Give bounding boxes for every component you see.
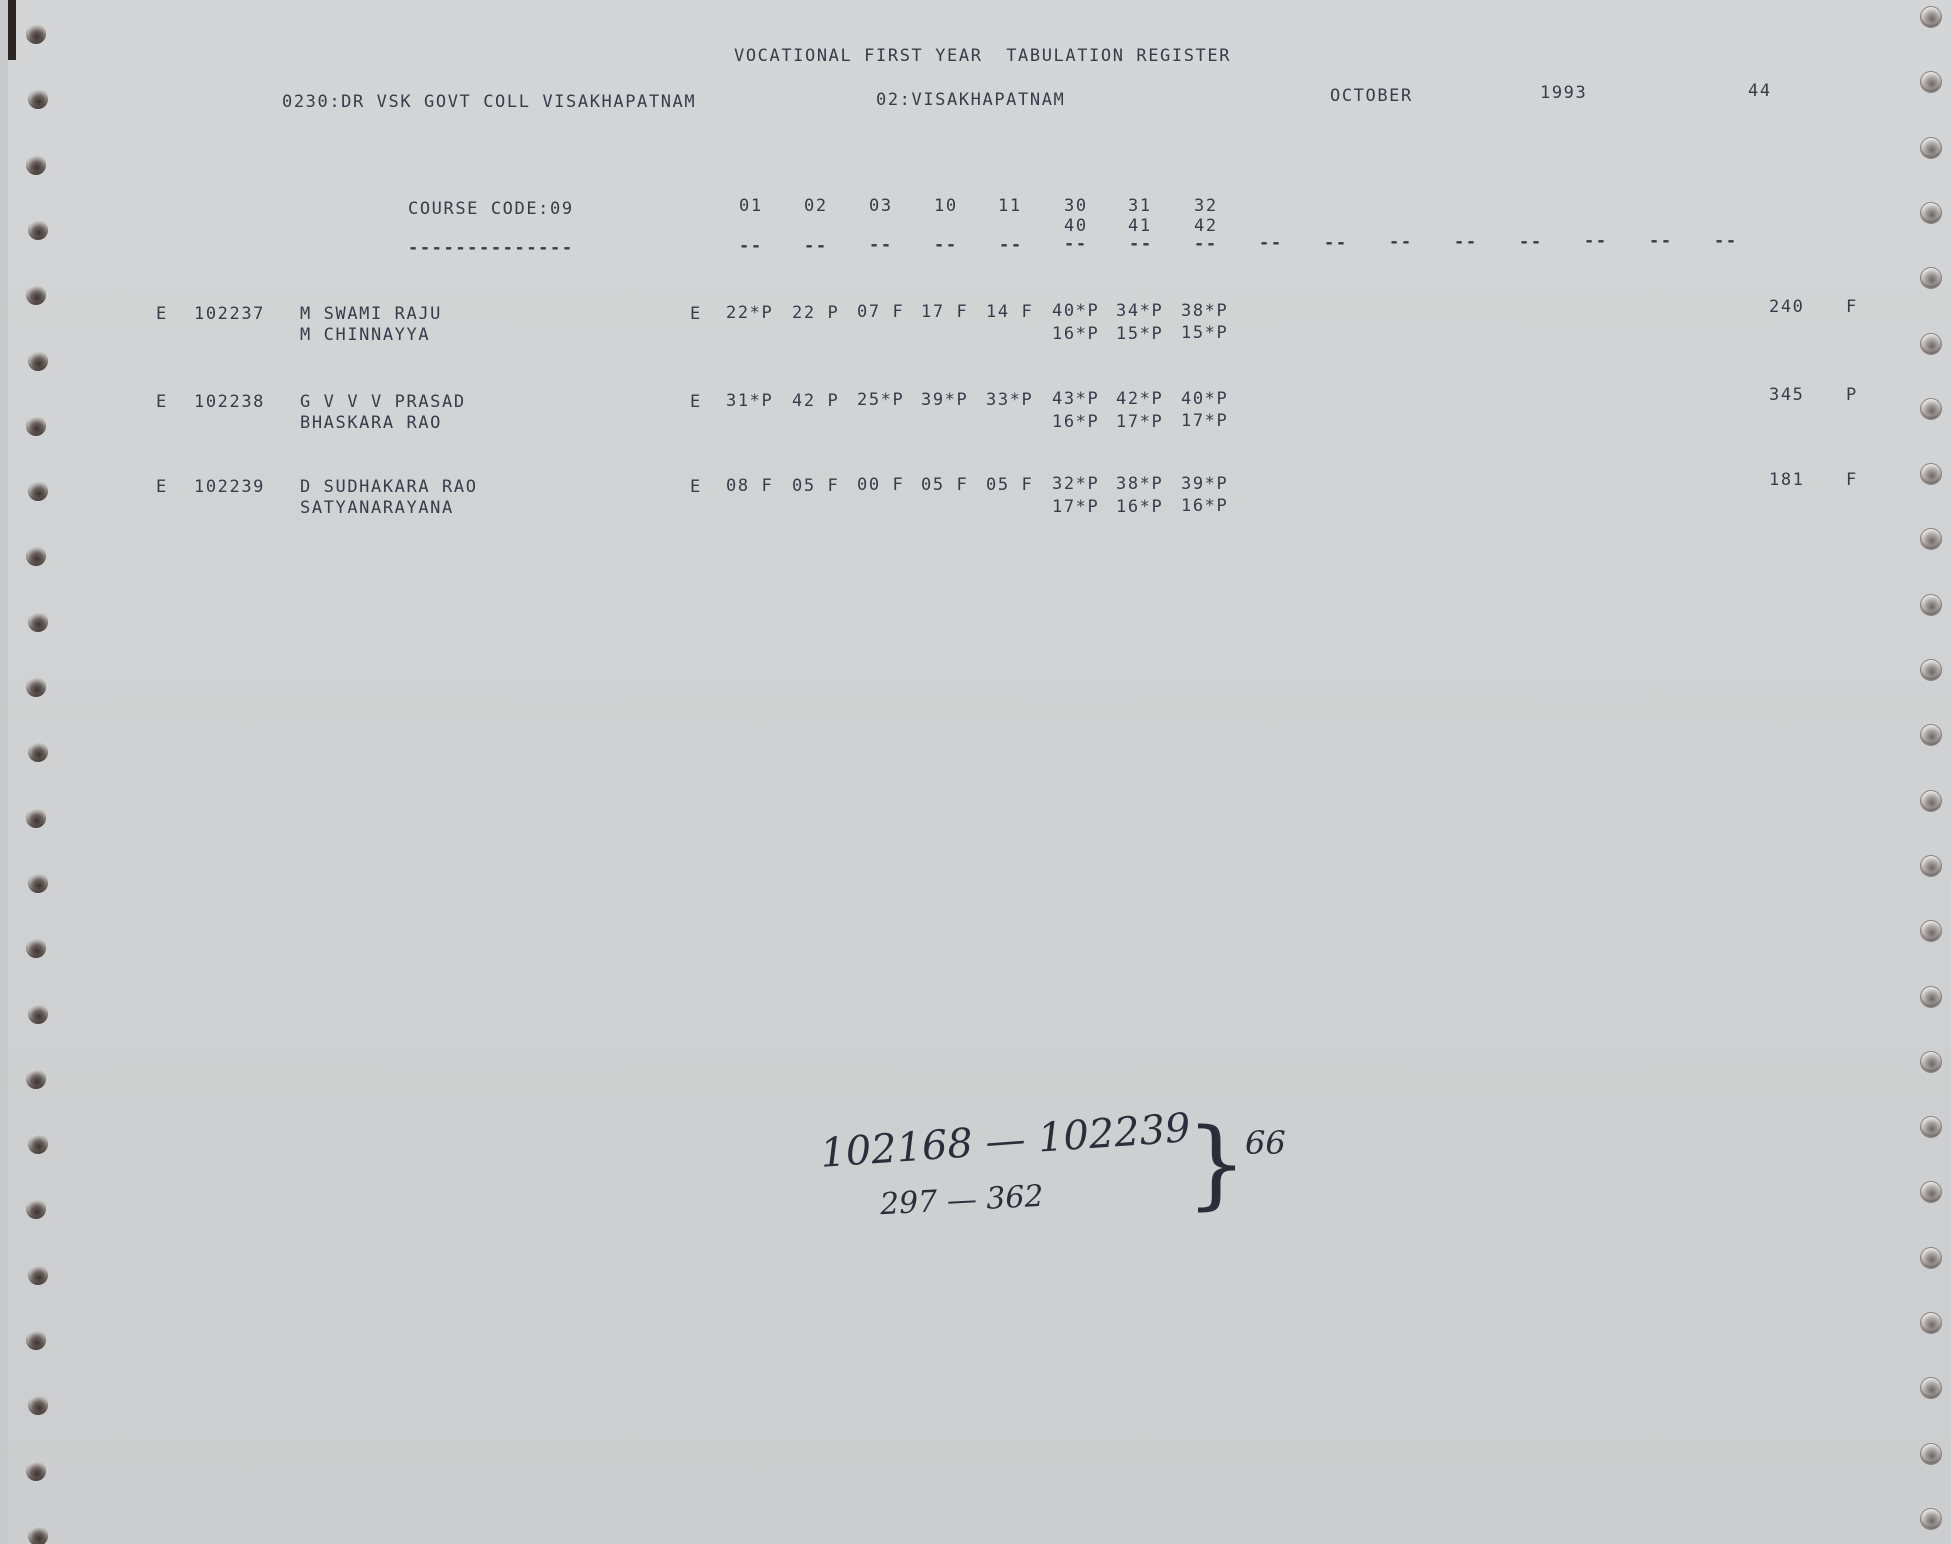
perforation-hole — [1920, 1247, 1942, 1269]
perforation-hole — [1920, 855, 1942, 877]
perforation-hole — [26, 677, 46, 697]
handwritten-count: 66 — [1245, 1124, 1286, 1162]
student-name: M SWAMI RAJU — [300, 304, 442, 324]
perforation-hole — [1920, 1312, 1942, 1334]
subject-mark: 39*P — [1181, 474, 1228, 494]
column-separator: -- — [804, 236, 828, 256]
perforation-hole — [26, 1330, 46, 1350]
result: P — [1846, 385, 1858, 405]
column-separator: -- — [1194, 234, 1218, 254]
perforation-hole — [28, 873, 48, 893]
subject-mark: 40*P — [1052, 301, 1099, 321]
handwritten-range-line1: 102168 — 102239 — [819, 1105, 1192, 1177]
subject-mark: 17*P — [1116, 412, 1163, 432]
subject-code: 32 — [1194, 196, 1218, 216]
perforation-hole — [26, 546, 46, 566]
course-code: COURSE CODE:09 — [408, 199, 574, 219]
sheet-edge — [8, 0, 16, 60]
subject-mark: 32*P — [1052, 474, 1099, 494]
medium: E — [690, 477, 702, 497]
subject-mark: 31*P — [726, 391, 773, 411]
subject-mark: 16*P — [1116, 497, 1163, 517]
subject-mark: 42 P — [792, 391, 839, 411]
perforation-hole — [26, 1069, 46, 1089]
district-name: 02:VISAKHAPATNAM — [876, 90, 1065, 110]
perforation-hole — [28, 1004, 48, 1024]
perforation-hole — [28, 1395, 48, 1415]
perforation-strip-right — [1920, 0, 1950, 1544]
perforation-hole — [1920, 1443, 1942, 1465]
perforation-hole — [1920, 724, 1942, 746]
father-name: M CHINNAYYA — [300, 325, 430, 345]
perforation-hole — [28, 612, 48, 632]
perforation-hole — [1920, 1508, 1942, 1530]
perforation-hole — [1920, 202, 1942, 224]
subject-mark: 15*P — [1181, 323, 1228, 343]
student-category: E — [156, 477, 168, 497]
student-category: E — [156, 304, 168, 324]
perforation-hole — [28, 1265, 48, 1285]
perforation-hole — [1920, 1181, 1942, 1203]
column-separator: -- — [1519, 232, 1543, 252]
subject-code: 02 — [804, 196, 828, 216]
subject-code: 41 — [1128, 216, 1152, 236]
total-marks: 240 — [1769, 297, 1805, 317]
perforation-hole — [1920, 594, 1942, 616]
subject-mark: 16*P — [1181, 496, 1228, 516]
subject-mark: 38*P — [1181, 301, 1228, 321]
column-separator: -- — [1649, 231, 1673, 251]
column-separator: -- — [869, 235, 893, 255]
perforation-hole — [28, 1134, 48, 1154]
subject-mark: 43*P — [1052, 389, 1099, 409]
perforation-strip-left — [26, 0, 56, 1544]
subject-mark: 05 F — [921, 475, 968, 495]
subject-mark: 05 F — [986, 475, 1033, 495]
result: F — [1846, 297, 1858, 317]
course-underline: -------------- — [408, 238, 574, 258]
page-number: 44 — [1748, 81, 1772, 101]
perforation-hole — [26, 24, 46, 44]
perforation-hole — [1920, 528, 1942, 550]
report-title: VOCATIONAL FIRST YEAR TABULATION REGISTE… — [734, 46, 1231, 66]
hall-ticket-number: 102237 — [194, 304, 265, 324]
perforation-hole — [1920, 659, 1942, 681]
perforation-hole — [26, 285, 46, 305]
perforation-hole — [28, 351, 48, 371]
column-separator: -- — [1714, 231, 1738, 251]
column-separator: -- — [934, 235, 958, 255]
perforation-hole — [1920, 398, 1942, 420]
subject-mark: 40*P — [1181, 389, 1228, 409]
subject-code: 42 — [1194, 216, 1218, 236]
column-separator: -- — [1454, 232, 1478, 252]
perforation-hole — [26, 808, 46, 828]
subject-mark: 17*P — [1052, 497, 1099, 517]
subject-code: 10 — [934, 196, 958, 216]
medium: E — [690, 304, 702, 324]
column-separator: -- — [1324, 233, 1348, 253]
subject-code: 40 — [1064, 216, 1088, 236]
perforation-hole — [1920, 267, 1942, 289]
perforation-hole — [1920, 71, 1942, 93]
perforation-hole — [1920, 333, 1942, 355]
subject-code: 01 — [739, 196, 763, 216]
column-separator: -- — [1064, 234, 1088, 254]
hall-ticket-number: 102239 — [194, 477, 265, 497]
subject-mark: 00 F — [857, 475, 904, 495]
perforation-hole — [1920, 6, 1942, 28]
subject-mark: 14 F — [986, 302, 1033, 322]
perforation-hole — [28, 481, 48, 501]
student-category: E — [156, 392, 168, 412]
perforation-hole — [28, 1526, 48, 1544]
result: F — [1846, 470, 1858, 490]
subject-mark: 05 F — [792, 476, 839, 496]
subject-code: 03 — [869, 196, 893, 216]
perforation-hole — [1920, 1377, 1942, 1399]
column-separator: -- — [1259, 233, 1283, 253]
perforation-hole — [28, 89, 48, 109]
subject-mark: 16*P — [1052, 412, 1099, 432]
subject-mark: 34*P — [1116, 301, 1163, 321]
printout-sheet: VOCATIONAL FIRST YEAR TABULATION REGISTE… — [8, 0, 1951, 1544]
subject-code: 30 — [1064, 196, 1088, 216]
perforation-hole — [28, 742, 48, 762]
subject-mark: 16*P — [1052, 324, 1099, 344]
column-separator: -- — [1389, 232, 1413, 252]
subject-code: 31 — [1128, 196, 1152, 216]
subject-mark: 22*P — [726, 303, 773, 323]
perforation-hole — [26, 938, 46, 958]
column-separator: -- — [999, 235, 1023, 255]
subject-mark: 08 F — [726, 476, 773, 496]
student-name: G V V V PRASAD — [300, 392, 466, 412]
perforation-hole — [1920, 1051, 1942, 1073]
handwritten-brace: } — [1186, 1108, 1247, 1220]
medium: E — [690, 392, 702, 412]
column-separator: -- — [739, 236, 763, 256]
subject-mark: 39*P — [921, 390, 968, 410]
subject-mark: 42*P — [1116, 389, 1163, 409]
subject-mark: 17 F — [921, 302, 968, 322]
subject-mark: 17*P — [1181, 411, 1228, 431]
subject-mark: 15*P — [1116, 324, 1163, 344]
handwritten-range-line2: 297 — 362 — [879, 1179, 1044, 1223]
subject-mark: 33*P — [986, 390, 1033, 410]
father-name: SATYANARAYANA — [300, 498, 454, 518]
father-name: BHASKARA RAO — [300, 413, 442, 433]
student-name: D SUDHAKARA RAO — [300, 477, 478, 497]
perforation-hole — [26, 155, 46, 175]
perforation-hole — [1920, 463, 1942, 485]
subject-mark: 22 P — [792, 303, 839, 323]
subject-mark: 38*P — [1116, 474, 1163, 494]
total-marks: 345 — [1769, 385, 1805, 405]
exam-year: 1993 — [1540, 83, 1587, 103]
perforation-hole — [1920, 137, 1942, 159]
perforation-hole — [26, 1461, 46, 1481]
column-separator: -- — [1129, 234, 1153, 254]
perforation-hole — [1920, 920, 1942, 942]
subject-code: 11 — [998, 196, 1022, 216]
hall-ticket-number: 102238 — [194, 392, 265, 412]
perforation-hole — [1920, 1116, 1942, 1138]
subject-mark: 07 F — [857, 302, 904, 322]
perforation-hole — [26, 416, 46, 436]
college-name: 0230:DR VSK GOVT COLL VISAKHAPATNAM — [282, 92, 696, 112]
subject-mark: 25*P — [857, 390, 904, 410]
column-separator: -- — [1584, 231, 1608, 251]
perforation-hole — [28, 220, 48, 240]
exam-month: OCTOBER — [1330, 86, 1413, 106]
total-marks: 181 — [1769, 470, 1805, 490]
perforation-hole — [1920, 986, 1942, 1008]
perforation-hole — [26, 1199, 46, 1219]
perforation-hole — [1920, 790, 1942, 812]
